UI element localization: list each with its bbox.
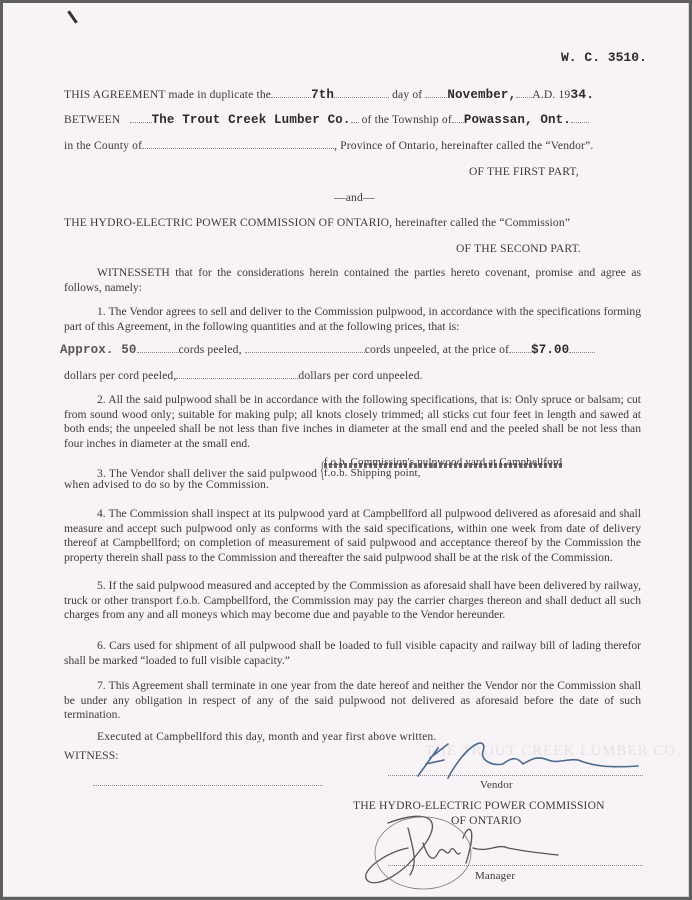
township-field: Powassan, Ont. xyxy=(464,113,571,127)
clause-3: 3. The Vendor shall deliver the said pul… xyxy=(97,457,562,479)
executed-statement: Executed at Campbellford this day, month… xyxy=(97,730,436,743)
month-field: November, xyxy=(447,88,516,102)
struck-delivery-option: f.o.b. Commission's pulpwood yard at Cam… xyxy=(324,457,562,468)
manager-signature xyxy=(348,803,578,898)
unpeeled-quantity-field xyxy=(245,351,365,353)
vendor-label: Vendor xyxy=(480,779,513,791)
county-field xyxy=(142,147,334,149)
witness-label: WITNESS: xyxy=(64,749,119,762)
pen-mark xyxy=(67,10,77,23)
agreement-date-line: THIS AGREEMENT made in duplicate the7th … xyxy=(64,87,594,102)
manager-label: Manager xyxy=(475,870,515,882)
price-field: $7.00 xyxy=(531,343,569,357)
year-field: 34. xyxy=(570,87,594,102)
clause-2: 2. All the said pulpwood shall be in acc… xyxy=(64,393,641,451)
clause-6: 6. Cars used for shipment of all pulpwoo… xyxy=(64,639,641,668)
price-line: dollars per cord peeled,dollars per cord… xyxy=(64,369,423,382)
vendor-name-field: The Trout Creek Lumber Co. xyxy=(152,113,351,127)
second-part-label: OF THE SECOND PART. xyxy=(456,242,581,255)
unpeeled-price-field xyxy=(176,377,298,379)
and-separator: —and— xyxy=(334,191,375,204)
document-page: W. C. 3510. THIS AGREEMENT made in dupli… xyxy=(3,3,689,897)
clause-7: 7. This Agreement shall terminate in one… xyxy=(64,679,641,723)
clause-5: 5. If the said pulpwood measured and acc… xyxy=(64,579,641,623)
selected-delivery-option: f.o.b. Shipping point, xyxy=(324,467,421,479)
county-line: in the County of, Province of Ontario, h… xyxy=(64,139,593,152)
clause-4: 4. The Commission shall inspect at its p… xyxy=(64,507,641,565)
manager-signature-line xyxy=(388,865,643,866)
clause-3-suffix: when advised to do so by the Commission. xyxy=(64,478,269,491)
peeled-quantity-field: Approx. 50 xyxy=(60,343,137,357)
witnesseth-paragraph: WITNESSETH that for the considerations h… xyxy=(64,266,641,295)
parties-line: BETWEEN The Trout Creek Lumber Co. of th… xyxy=(64,113,589,127)
day-field: 7th xyxy=(311,88,334,102)
witness-signature-line xyxy=(93,785,323,786)
reference-number: W. C. 3510. xyxy=(561,50,647,65)
clause-1: 1. The Vendor agrees to sell and deliver… xyxy=(64,305,641,334)
quantity-line: Approx. 50cords peeled, cords unpeeled, … xyxy=(60,343,595,357)
commission-line: THE HYDRO-ELECTRIC POWER COMMISSION OF O… xyxy=(64,216,570,229)
first-part-label: OF THE FIRST PART, xyxy=(469,165,579,178)
vendor-signature xyxy=(408,736,653,786)
